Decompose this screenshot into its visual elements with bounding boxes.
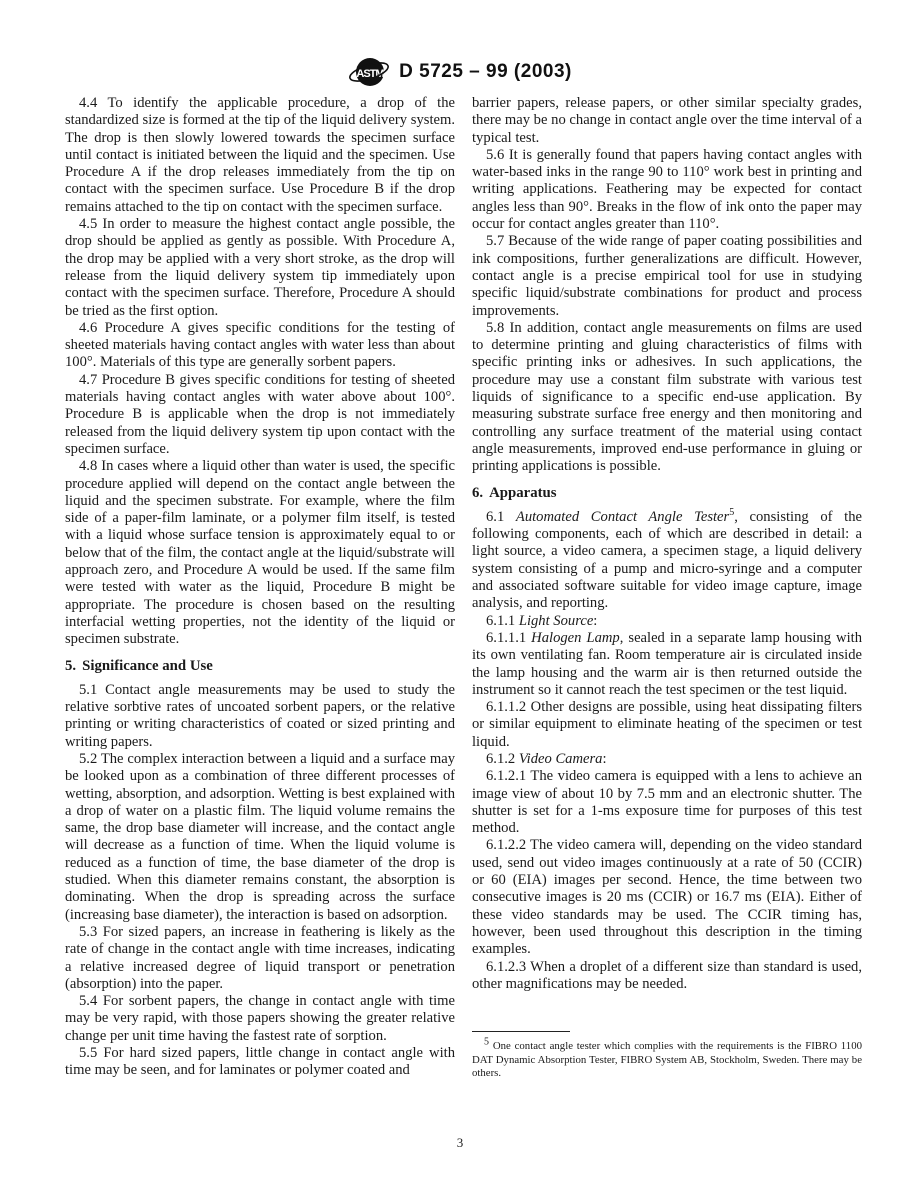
- paragraph-6-1-2-2: 6.1.2.2 The video camera will, depending…: [472, 837, 862, 958]
- paragraph-5-6: 5.6 It is generally found that papers ha…: [472, 147, 862, 233]
- paragraph-5-4: 5.4 For sorbent papers, the change in co…: [65, 993, 455, 1045]
- paragraph-6-1-1-1: 6.1.1.1 Halogen Lamp, sealed in a separa…: [472, 630, 862, 699]
- paragraph-6-1-1-2: 6.1.1.2 Other designs are possible, usin…: [472, 699, 862, 751]
- paragraph-4-8: 4.8 In cases where a liquid other than w…: [65, 458, 455, 648]
- footnote-block: 5 One contact angle tester which complie…: [472, 1031, 862, 1081]
- two-column-body: 4.4 To identify the applicable procedure…: [65, 95, 862, 1081]
- paragraph-4-6: 4.6 Procedure A gives specific condition…: [65, 320, 455, 372]
- paragraph-5-5: 5.5 For hard sized papers, little change…: [65, 1045, 455, 1080]
- section-heading-6: 6.Apparatus: [472, 485, 862, 502]
- footnote-5: 5 One contact angle tester which complie…: [472, 1040, 862, 1081]
- paragraph-6-1-1: 6.1.1 Light Source:: [472, 613, 862, 630]
- paragraph-5-5-continued: barrier papers, release papers, or other…: [472, 95, 862, 147]
- doc-code: D 5725 – 99 (2003): [399, 61, 572, 83]
- paragraph-6-1: 6.1 Automated Contact Angle Tester5, con…: [472, 509, 862, 613]
- page-number: 3: [0, 1135, 920, 1151]
- document-page: ASTM D 5725 – 99 (2003) 4.4 To identify …: [0, 0, 920, 1191]
- paragraph-5-8: 5.8 In addition, contact angle measureme…: [472, 320, 862, 476]
- paragraph-4-5: 4.5 In order to measure the highest cont…: [65, 216, 455, 320]
- paragraph-4-4: 4.4 To identify the applicable procedure…: [65, 95, 455, 216]
- paragraph-4-7: 4.7 Procedure B gives specific condition…: [65, 372, 455, 458]
- paragraph-5-3: 5.3 For sized papers, an increase in fea…: [65, 924, 455, 993]
- paragraph-6-1-2-3: 6.1.2.3 When a droplet of a different si…: [472, 959, 862, 994]
- paragraph-6-1-2: 6.1.2 Video Camera:: [472, 751, 862, 768]
- astm-logo-icon: ASTM: [348, 52, 390, 92]
- paragraph-5-7: 5.7 Because of the wide range of paper c…: [472, 233, 862, 319]
- paragraph-5-2: 5.2 The complex interaction between a li…: [65, 751, 455, 924]
- document-header: ASTM D 5725 – 99 (2003): [0, 52, 920, 92]
- footnote-divider: [472, 1031, 570, 1032]
- left-column: 4.4 To identify the applicable procedure…: [65, 95, 455, 1081]
- right-column: barrier papers, release papers, or other…: [472, 95, 862, 1081]
- paragraph-6-1-2-1: 6.1.2.1 The video camera is equipped wit…: [472, 768, 862, 837]
- section-heading-5: 5.Significance and Use: [65, 658, 455, 675]
- paragraph-5-1: 5.1 Contact angle measurements may be us…: [65, 682, 455, 751]
